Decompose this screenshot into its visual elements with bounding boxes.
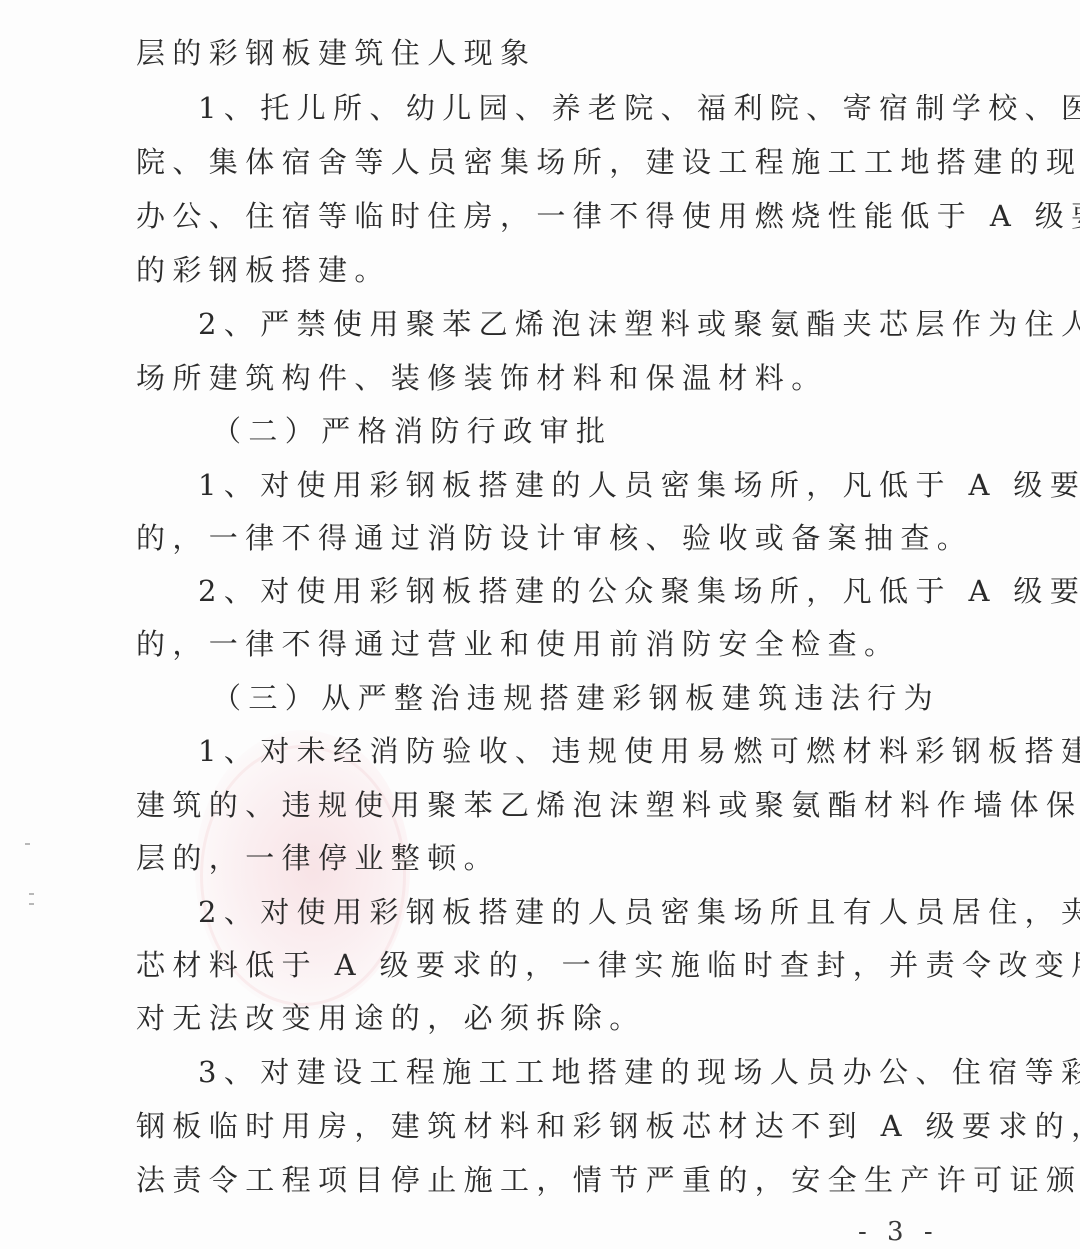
list-item-line: 3、对建设工程施工工地搭建的现场人员办公、住宿等彩 (198, 1052, 1080, 1092)
margin-mark (29, 893, 34, 895)
text-line: 的，一律不得通过消防设计审核、验收或备案抽查。 (136, 518, 973, 558)
list-item-line: 2、严禁使用聚苯乙烯泡沫塑料或聚氨酯夹芯层作为住人 (198, 304, 1080, 344)
section-heading: （三）从严整治违规搭建彩钢板建筑违法行为 (212, 678, 940, 718)
section-heading: （二）严格消防行政审批 (212, 411, 612, 451)
text-line: 芯材料低于 A 级要求的，一律实施临时查封，并责令改变用途， (136, 945, 1080, 985)
text-line: 法责令工程项目停止施工，情节严重的，安全生产许可证颁发 (136, 1160, 1080, 1200)
list-item-line: 2、对使用彩钢板搭建的人员密集场所且有人员居住，夹 (198, 892, 1080, 932)
document-page: 层的彩钢板建筑住人现象 1、托儿所、幼儿园、养老院、福利院、寄宿制学校、医 院、… (0, 0, 1080, 1249)
text-line: 的彩钢板搭建。 (136, 250, 391, 290)
text-line: 院、集体宿舍等人员密集场所，建设工程施工工地搭建的现场 (136, 142, 1080, 182)
text-line: 建筑的、违规使用聚苯乙烯泡沫塑料或聚氨酯材料作墙体保温 (136, 785, 1080, 825)
text-line: 钢板临时用房，建筑材料和彩钢板芯材达不到 A 级要求的，依 (136, 1106, 1080, 1146)
list-item-line: 1、对使用彩钢板搭建的人员密集场所，凡低于 A 级要求 (198, 465, 1080, 505)
list-item-line: 2、对使用彩钢板搭建的公众聚集场所，凡低于 A 级要求 (198, 571, 1080, 611)
text-line: 办公、住宿等临时住房，一律不得使用燃烧性能低于 A 级要求 (136, 196, 1080, 236)
margin-mark (25, 843, 30, 845)
text-line: 层的，一律停业整顿。 (136, 838, 500, 878)
margin-mark (29, 903, 34, 905)
text-line: 场所建筑构件、装修装饰材料和保温材料。 (136, 358, 828, 398)
list-item-line: 1、对未经消防验收、违规使用易燃可燃材料彩钢板搭建 (198, 731, 1080, 771)
text-line: 层的彩钢板建筑住人现象 (136, 33, 536, 73)
text-line: 对无法改变用途的，必须拆除。 (136, 998, 646, 1038)
page-number: - 3 - (858, 1217, 939, 1247)
list-item-line: 1、托儿所、幼儿园、养老院、福利院、寄宿制学校、医 (198, 88, 1080, 128)
text-line: 的，一律不得通过营业和使用前消防安全检查。 (136, 624, 900, 664)
